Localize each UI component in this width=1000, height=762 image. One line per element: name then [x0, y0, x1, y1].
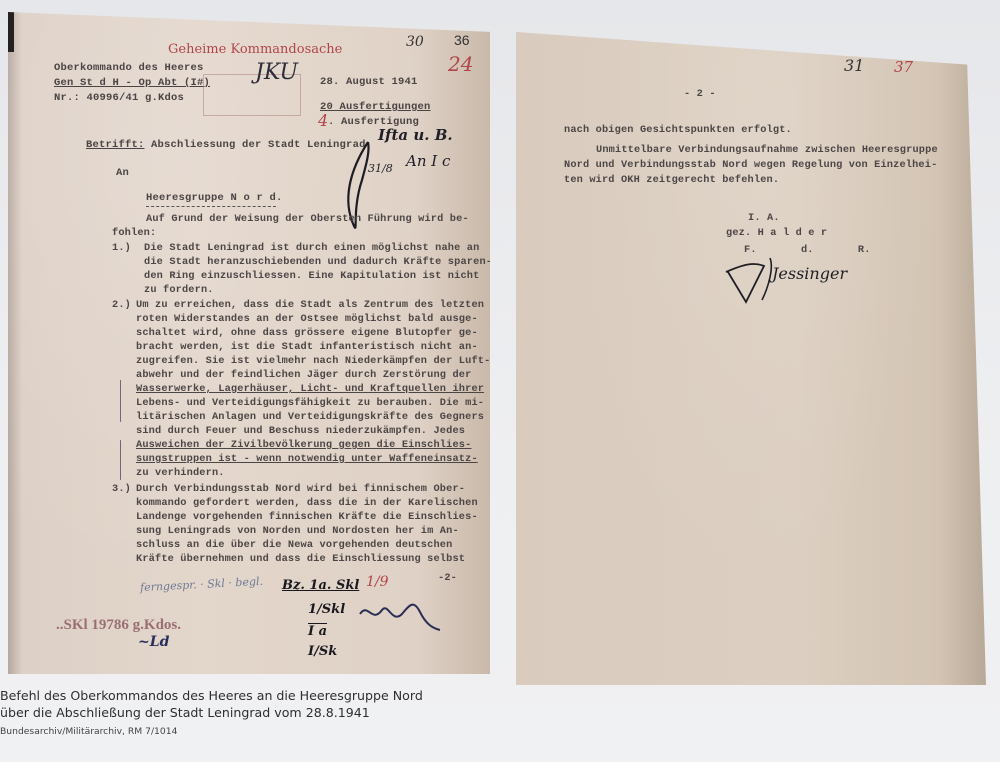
body-line-3: Nord und Verbindungsstab Nord wegen Rege… [564, 159, 937, 171]
point-1-line: zu fordern. [144, 284, 214, 296]
to-label: An [116, 167, 129, 179]
point-2-line: Um zu erreichen, dass die Stadt als Zent… [136, 299, 484, 311]
point-2-line: zu verhindern. [136, 467, 225, 479]
intro-line-1: Auf Grund der Weisung der Obersten Führu… [146, 213, 469, 225]
point-2-line: bracht werden, ist die Stadt infanterist… [136, 341, 478, 353]
subject-text: Abschliessung der Stadt Leningrad [151, 139, 366, 151]
document-page-1: Geheime Kommandosache 30 36 24 Oberkomma… [8, 12, 490, 674]
signature-text: Jessinger [772, 264, 847, 283]
handwritten-note-1: Bz. 1a. Skl [282, 578, 359, 593]
point-2-line: Lebens- und Verteidigungsfähigkeit zu be… [136, 397, 484, 409]
point-2-line: zugreifen. Sie ist vielmehr nach Niederk… [136, 355, 490, 367]
point-2-line: schaltet wird, ohne dass grössere eigene… [136, 327, 478, 339]
point-3-line: Kräfte übernehmen und dass die Einschlie… [136, 553, 465, 565]
red-folio-number: 37 [894, 58, 913, 76]
red-folio-number: 24 [448, 52, 473, 76]
handwritten-note-4: I/Sk [308, 644, 337, 659]
page-edge-mark [8, 12, 14, 52]
caption-source: Bundesarchiv/Militärarchiv, RM 7/1014 [0, 726, 177, 737]
point-3-line: sung Leningrads von Norden und Nordosten… [136, 525, 459, 537]
sender-line-1: Oberkommando des Heeres [54, 62, 204, 74]
point-2-line: roten Widerstandes an der Ostsee möglich… [136, 313, 478, 325]
blue-initials: ~Ld [138, 634, 169, 650]
margin-bracket [120, 440, 121, 480]
body-line-2: Unmittelbare Verbindungsaufnahme zwische… [596, 144, 938, 156]
handwritten-stroke [340, 140, 380, 240]
handwritten-scribble [358, 594, 448, 634]
recipient-underline [146, 206, 276, 207]
signature-block-halder: gez. H a l d e r [726, 227, 827, 239]
handwritten-annotation-top: Ifta u. B. [378, 126, 453, 144]
point-2-line: sind durch Feuer und Beschuss niederzukä… [136, 425, 465, 437]
caption-title-line-2: über die Abschließung der Stadt Leningra… [0, 705, 370, 720]
page-continuation-marker: -2- [438, 572, 457, 584]
point-2-line: Ausweichen der Zivilbevölkerung gegen di… [136, 439, 471, 451]
point-3-line: schluss an die über die Newa vorgehenden… [136, 539, 452, 551]
point-2-number: 2.) [112, 299, 131, 311]
pencil-note: ferngespr. · Skl · begl. [140, 575, 264, 594]
handwritten-note-2: 1/Skl [308, 602, 345, 617]
page-number: - 2 - [684, 88, 716, 100]
copies-count: 20 Ausfertigungen [320, 101, 431, 113]
body-line-1: nach obigen Gesichtspunkten erfolgt. [564, 124, 792, 136]
point-3-number: 3.) [112, 483, 131, 495]
classification-stamp: Geheime Kommandosache [168, 42, 342, 57]
folio-number: 31 [844, 56, 864, 75]
point-3-line: kommando gefordert werden, dass die in d… [136, 497, 478, 509]
document-page-2: 31 37 - 2 - nach obigen Gesichtspunkten … [516, 32, 986, 685]
point-2-line: sungstruppen ist - wenn notwendig unter … [136, 453, 478, 465]
recipient: Heeresgruppe N o r d. [146, 192, 283, 204]
point-3-line: Landenge vorgehenden finnischen Kräfte d… [136, 511, 478, 523]
red-handwritten-note: 1/9 [366, 574, 389, 590]
margin-bracket [120, 380, 121, 422]
point-1-line: den Ring einzuschliessen. Eine Kapitulat… [144, 270, 479, 282]
point-1-line: die Stadt heranzuschiebenden und dadurch… [144, 256, 490, 268]
point-2-line: Wasserwerke, Lagerhäuser, Licht- und Kra… [136, 383, 484, 395]
point-1-line: Die Stadt Leningrad ist durch einen mögl… [144, 242, 479, 254]
sender-line-2: Gen St d H - Op Abt (I#) [54, 77, 210, 89]
handwritten-initials: JKU [255, 60, 298, 85]
document-date: 28. August 1941 [320, 76, 418, 88]
reference-number: Nr.: 40996/41 g.Kdos [54, 92, 184, 104]
intro-line-2: fohlen: [112, 227, 156, 239]
point-2-line: litärischen Anlagen und Verteidigungskrä… [136, 411, 484, 423]
archive-stamp: ..SKl 19786 g.Kdos. [56, 617, 181, 634]
signature-block-ia: I. A. [748, 212, 780, 224]
subject-line: Betrifft: Abschliessung der Stadt Lening… [86, 139, 366, 151]
subject-label: Betrifft: [86, 139, 145, 151]
handwritten-annotation-right: An I c [406, 152, 450, 170]
point-3-line: Durch Verbindungsstab Nord wird bei finn… [136, 483, 465, 495]
copy-number-handwritten: 4 [318, 111, 328, 130]
point-2-line: abwehr und der feindlichen Jäger durch Z… [136, 369, 471, 381]
caption-title-line-1: Befehl des Oberkommandos des Heeres an d… [0, 688, 423, 703]
handwritten-note-3: I a [308, 624, 327, 639]
point-1-number: 1.) [112, 242, 131, 254]
folio-number: 30 [406, 34, 424, 50]
folio-number-stamped: 36 [454, 32, 470, 48]
body-line-4: ten wird OKH zeitgerecht befehlen. [564, 174, 779, 186]
